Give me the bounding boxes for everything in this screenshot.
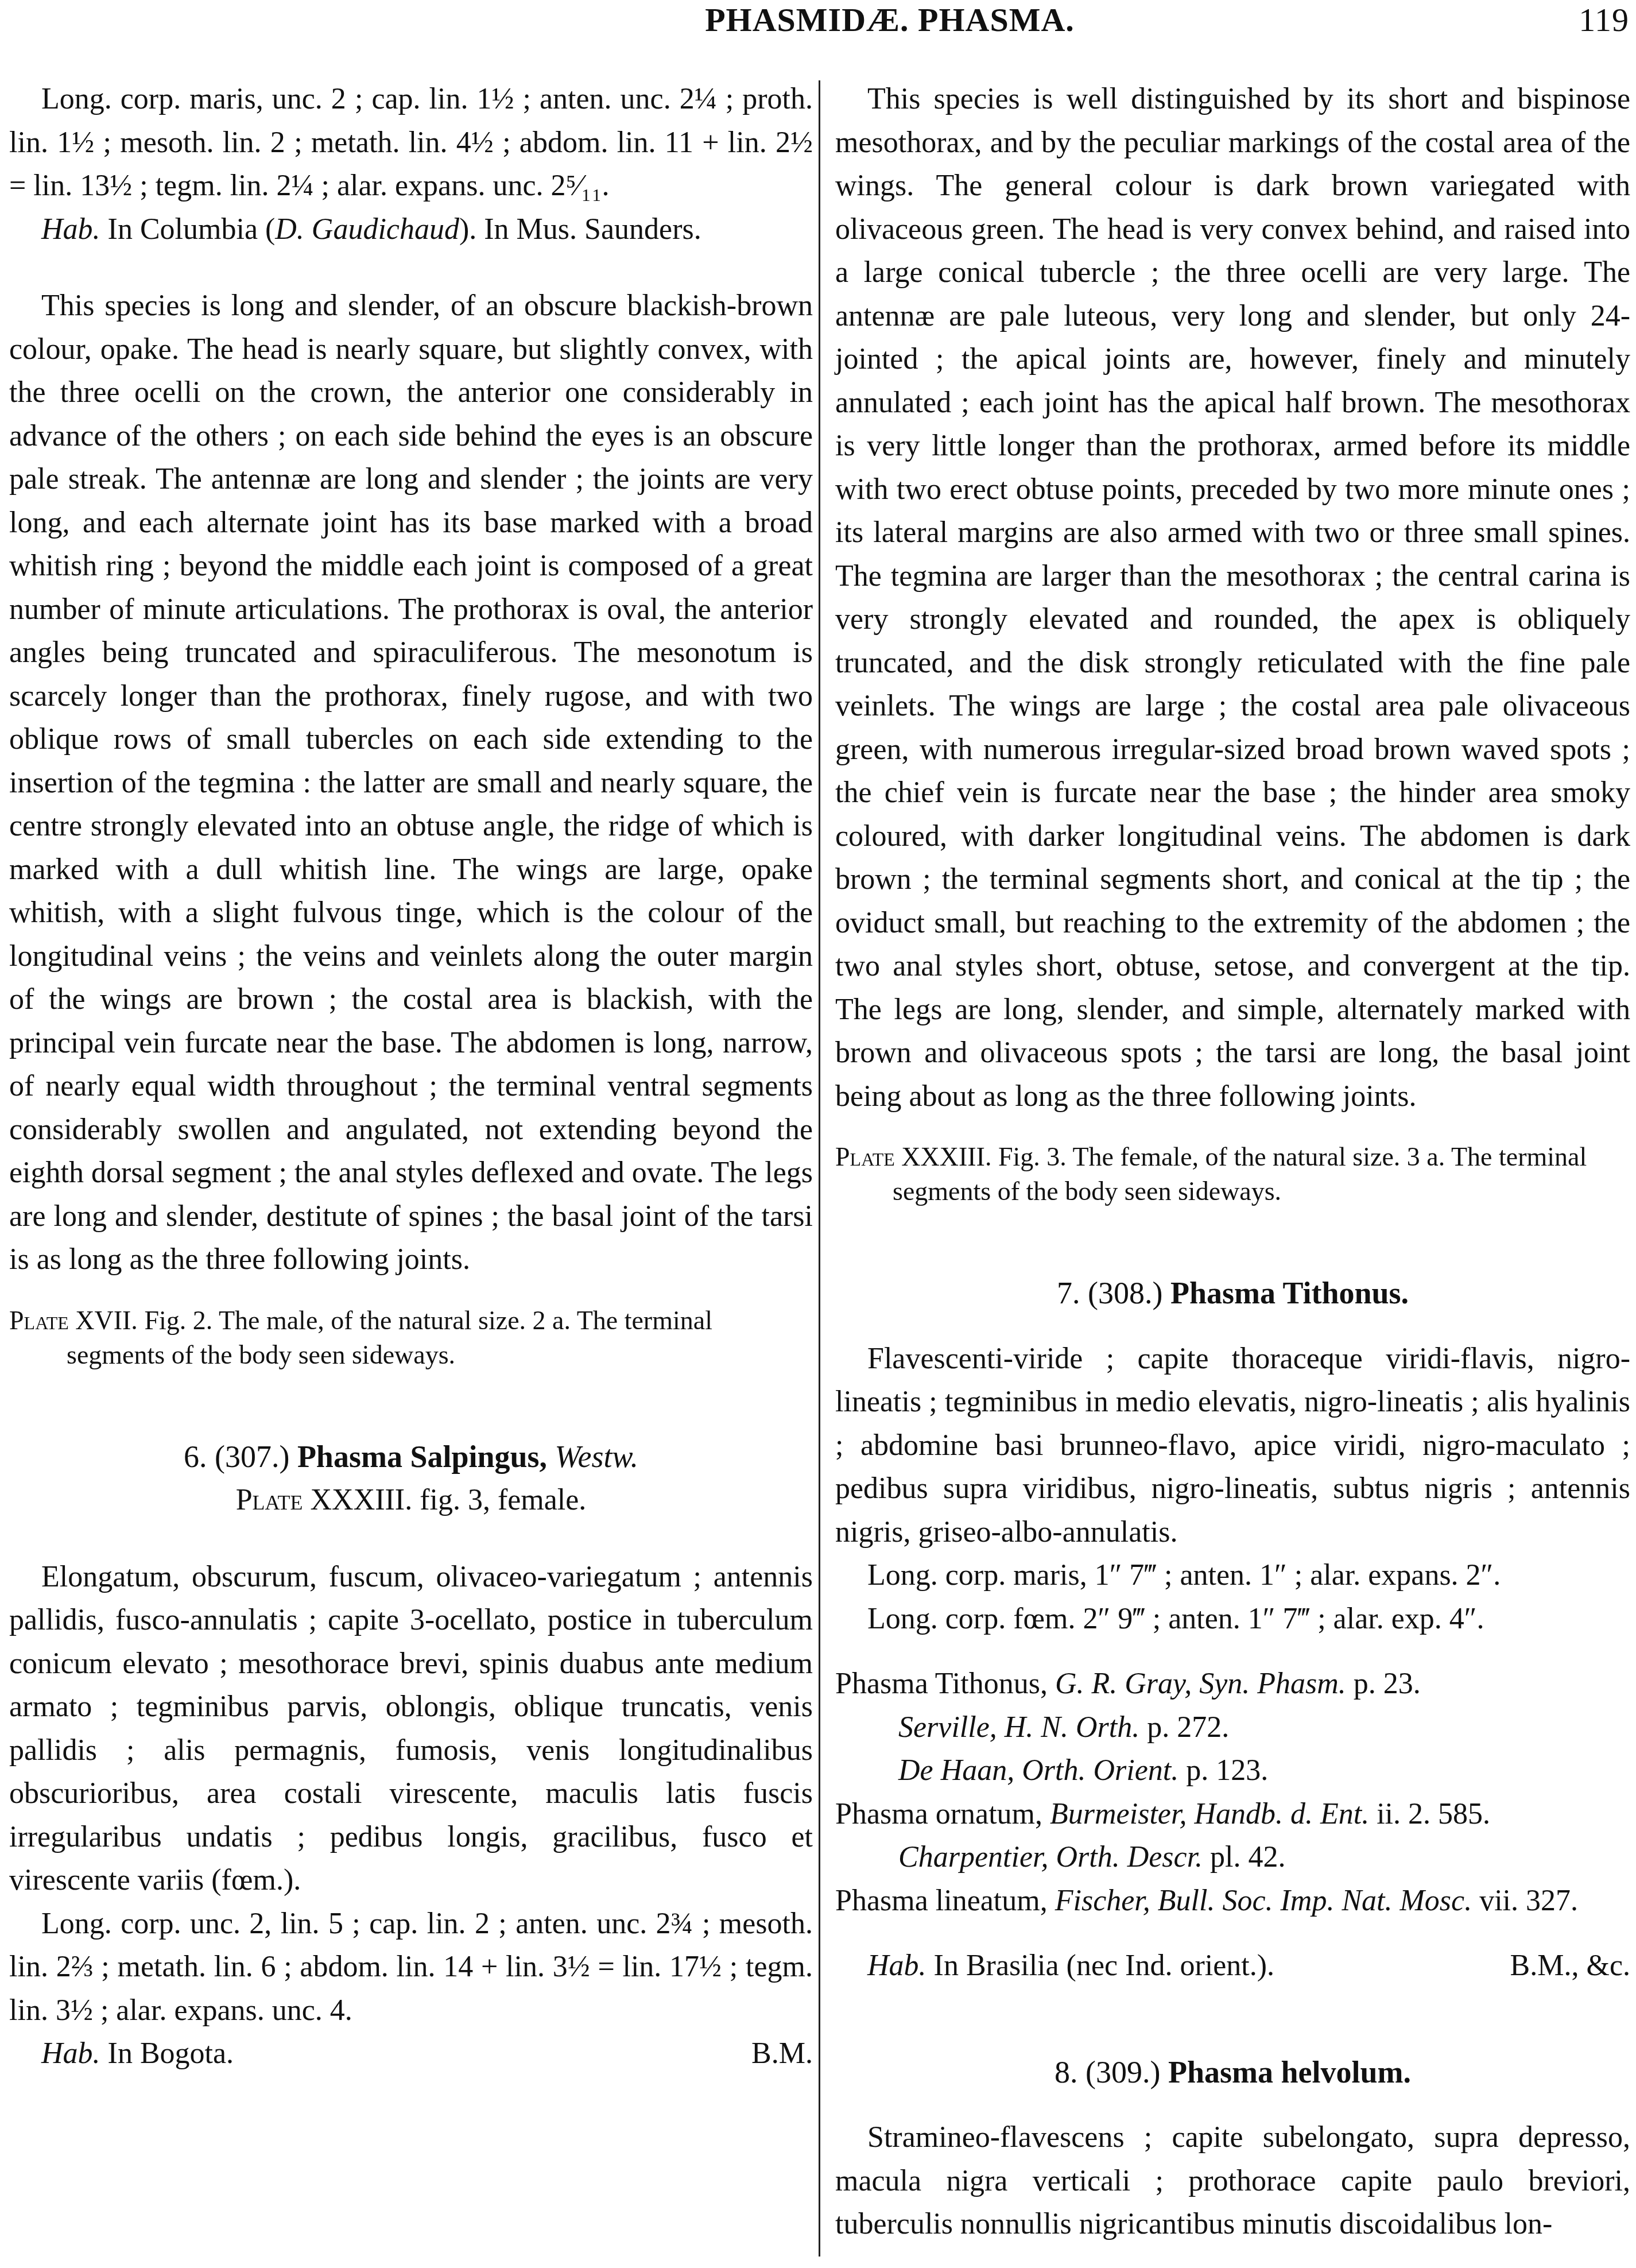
hab-label: Hab. — [867, 1949, 926, 1982]
synonym-entry: Phasma Tithonus, G. R. Gray, Syn. Phasm.… — [835, 1662, 1630, 1706]
species-description: This species is long and slender, of an … — [9, 284, 813, 1282]
species-name: Phasma Tithonus. — [1170, 1276, 1409, 1310]
plate-caption: Plate XVII. Fig. 2. The male, of the nat… — [9, 1303, 813, 1372]
plate-caption: Plate XXXIII. Fig. 3. The female, of the… — [835, 1140, 1630, 1209]
synonym-entry: Charpentier, Orth. Descr. pl. 42. — [835, 1836, 1630, 1879]
running-head-title: PHASMIDÆ. PHASMA. — [631, 0, 1148, 40]
plate-label: Plate XXXIII. — [835, 1142, 991, 1171]
running-head: PHASMIDÆ. PHASMA. 119 — [0, 0, 1636, 40]
male-measurements: Long. corp. maris, 1″ 7‴ ; anten. 1″ ; a… — [835, 1554, 1630, 1597]
species-description: This species is well distinguished by it… — [835, 78, 1630, 1118]
species-author: Westw. — [547, 1439, 638, 1474]
right-column: This species is well distinguished by it… — [835, 78, 1630, 2246]
plate-reference: Plate XXXIII. fig. 3, female. — [9, 1479, 813, 1522]
collection-code: B.M. — [751, 2032, 813, 2076]
book-page: PHASMIDÆ. PHASMA. 119 Long. corp. maris,… — [0, 0, 1636, 2268]
page-number: 119 — [1579, 0, 1629, 40]
plate-label: Plate XVII. — [9, 1306, 138, 1335]
synonym-entry: Phasma lineatum, Fischer, Bull. Soc. Imp… — [835, 1879, 1630, 1923]
synonym-entry: Serville, H. N. Orth. p. 272. — [835, 1706, 1630, 1750]
species-heading-8: 8. (309.) Phasma helvolum. — [835, 2051, 1630, 2095]
collection-code: B.M., &c. — [1510, 1944, 1630, 1988]
collector-name: D. Gaudichaud — [275, 213, 459, 246]
male-measurements: Long. corp. maris, unc. 2 ; cap. lin. 1½… — [9, 78, 813, 208]
female-measurements: Long. corp. unc. 2, lin. 5 ; cap. lin. 2… — [9, 1902, 813, 2033]
latin-diagnosis: Elongatum, obscurum, fuscum, olivaceo-va… — [9, 1555, 813, 1902]
species-heading-6: 6. (307.) Phasma Salpingus, Westw. — [9, 1435, 813, 1479]
synonym-entry: De Haan, Orth. Orient. p. 123. — [835, 1749, 1630, 1793]
species-heading-7: 7. (308.) Phasma Tithonus. — [835, 1272, 1630, 1315]
species-name: Phasma helvolum. — [1168, 2055, 1411, 2089]
latin-diagnosis: Flavescenti-viride ; capite thoraceque v… — [835, 1337, 1630, 1554]
habitat-brasilia: Hab. In Brasilia (nec Ind. orient.). B.M… — [835, 1944, 1630, 1988]
species-name: Phasma Salpingus, — [297, 1439, 547, 1474]
left-column: Long. corp. maris, unc. 2 ; cap. lin. 1½… — [9, 78, 813, 2076]
female-measurements: Long. corp. fœm. 2″ 9‴ ; anten. 1″ 7‴ ; … — [835, 1597, 1630, 1641]
habitat-bogota: Hab. In Bogota. B.M. — [9, 2032, 813, 2076]
hab-label: Hab. — [41, 213, 100, 246]
habitat-columbia: Hab. In Columbia (D. Gaudichaud). In Mus… — [9, 208, 813, 251]
synonym-entry: Phasma ornatum, Burmeister, Handb. d. En… — [835, 1793, 1630, 1836]
hab-label: Hab. — [41, 2037, 100, 2070]
latin-diagnosis: Stramineo-flavescens ; capite subelongat… — [835, 2116, 1630, 2246]
synonymy-list: Phasma Tithonus, G. R. Gray, Syn. Phasm.… — [835, 1662, 1630, 1922]
column-divider — [819, 80, 820, 2257]
